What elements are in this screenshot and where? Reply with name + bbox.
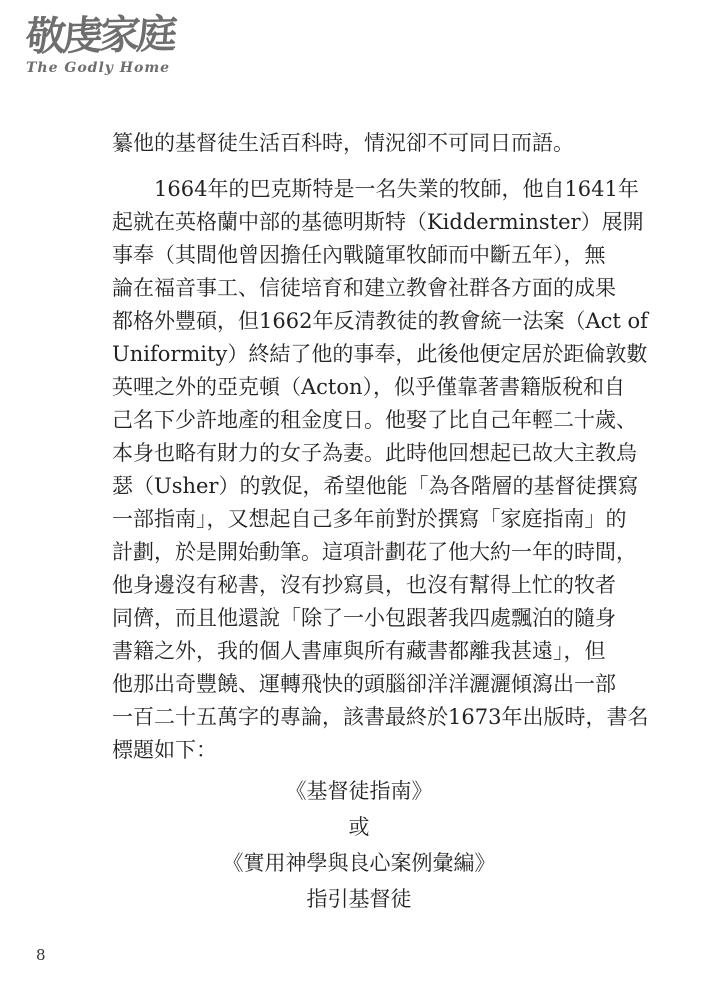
text-line: 本身也略有財力的女子為妻。此時他回想起已故大主教烏 bbox=[112, 437, 606, 470]
paragraph-baxter-history: 1664年的巴克斯特是一名失業的牧師，他自1641年起就在英格蘭中部的基德明斯特… bbox=[112, 173, 606, 767]
text-line: Uniformity）終結了他的事奉，此後他便定居於距倫敦數 bbox=[112, 338, 606, 371]
page-number: 8 bbox=[36, 946, 46, 964]
text-line: 事奉（其間他曾因擔任內戰隨軍牧師而中斷五年），無 bbox=[112, 239, 606, 272]
text-line: 纂他的基督徒生活百科時，情況卻不可同日而語。 bbox=[112, 127, 606, 160]
text-line: 同儕，而且他還說「除了一小包跟著我四處飄泊的隨身 bbox=[112, 602, 606, 635]
publisher-logo: 敬虔家庭 The Godly Home bbox=[26, 14, 166, 76]
text-line: 他身邊沒有秘書，沒有抄寫員，也沒有幫得上忙的牧者 bbox=[112, 569, 606, 602]
book-page: 敬虔家庭 The Godly Home 纂他的基督徒生活百科時，情況卻不可同日而… bbox=[0, 0, 713, 1000]
book-title-line: 指引基督徒 bbox=[112, 881, 606, 917]
text-line: 書籍之外，我的個人書庫與所有藏書都離我甚遠」，但 bbox=[112, 635, 606, 668]
text-line: 計劃，於是開始動筆。這項計劃花了他大約一年的時間， bbox=[112, 536, 606, 569]
book-title-line: 《實用神學與良心案例彙編》 bbox=[112, 845, 606, 881]
text-line: 他那出奇豐饒、運轉飛快的頭腦卻洋洋灑灑傾瀉出一部 bbox=[112, 668, 606, 701]
text-line: 1664年的巴克斯特是一名失業的牧師，他自1641年 bbox=[112, 173, 606, 206]
book-title-line: 或 bbox=[112, 809, 606, 845]
text-line: 論在福音事工、信徒培育和建立教會社群各方面的成果 bbox=[112, 272, 606, 305]
text-line: 起就在英格蘭中部的基德明斯特（Kidderminster）展開 bbox=[112, 206, 606, 239]
text-line: 英哩之外的亞克頓（Acton），似乎僅靠著書籍版稅和自 bbox=[112, 371, 606, 404]
logo-subtitle: The Godly Home bbox=[26, 60, 166, 76]
text-line: 己名下少許地產的租金度日。他娶了比自己年輕二十歲、 bbox=[112, 404, 606, 437]
text-line: 都格外豐碩，但1662年反清教徒的教會統一法案（Act of bbox=[112, 305, 606, 338]
text-line: 瑟（Usher）的敦促，希望他能「為各階層的基督徒撰寫 bbox=[112, 470, 606, 503]
book-title-line: 《基督徒指南》 bbox=[112, 773, 606, 809]
paragraph-continuation: 纂他的基督徒生活百科時，情況卻不可同日而語。 bbox=[112, 127, 606, 160]
logo-calligraphy-title: 敬虔家庭 bbox=[24, 13, 168, 59]
text-line: 一部指南」，又想起自己多年前對於撰寫「家庭指南」的 bbox=[112, 503, 606, 536]
text-line: 一百二十五萬字的專論，該書最終於1673年出版時，書名 bbox=[112, 701, 606, 734]
text-line: 標題如下： bbox=[112, 734, 606, 767]
text-column: 纂他的基督徒生活百科時，情況卻不可同日而語。 1664年的巴克斯特是一名失業的牧… bbox=[112, 127, 606, 917]
book-title-block: 《基督徒指南》或《實用神學與良心案例彙編》指引基督徒 bbox=[112, 773, 606, 917]
